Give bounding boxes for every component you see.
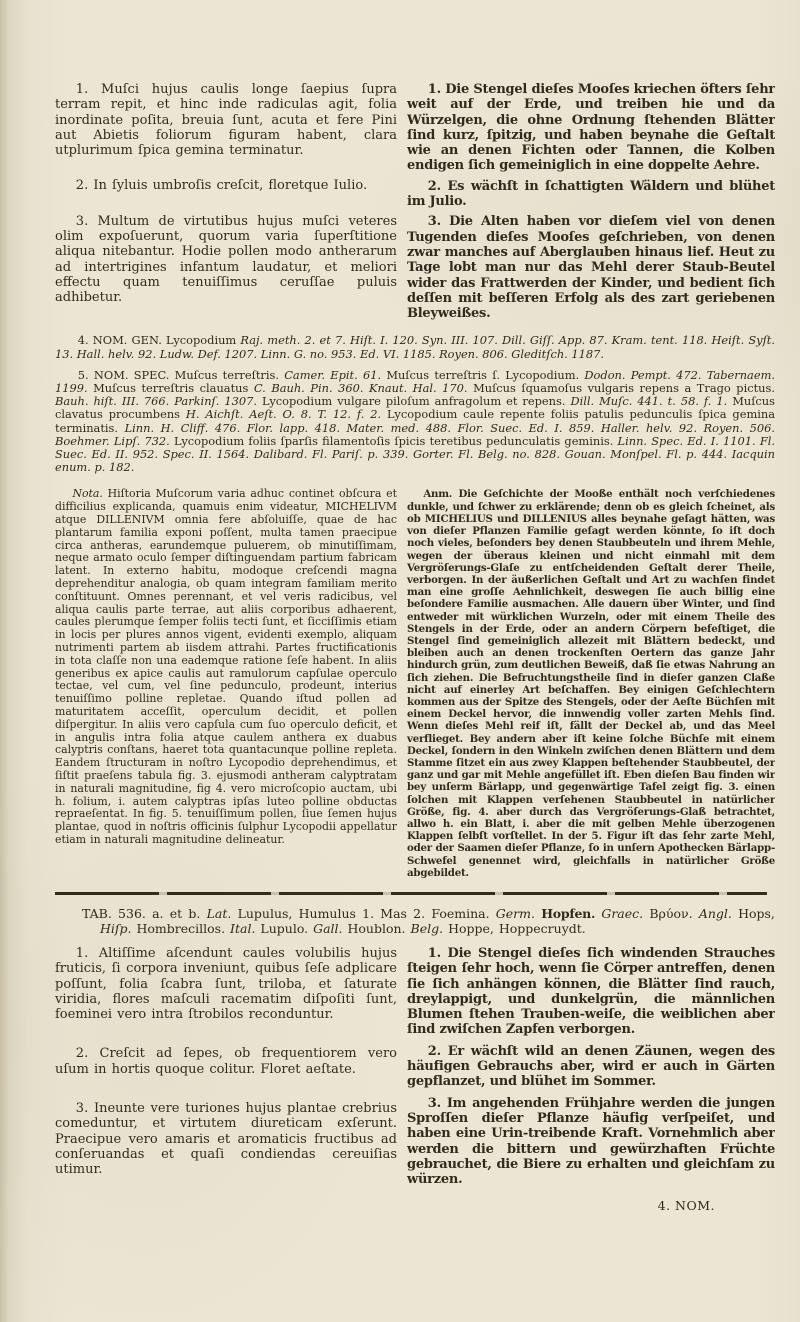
anm-label: Anm. <box>423 488 452 500</box>
lycopodium-description-section: 1. Muſci hujus caulis longe ſaepius ſupr… <box>55 82 775 321</box>
page-content: 1. Muſci hujus caulis longe ſaepius ſupr… <box>55 0 775 1322</box>
nomenclature-section: 4. NOM. GEN. Lycopodium Raj. meth. 2. et… <box>55 334 775 474</box>
anm-german: Anm. Die Geſchichte der Mooße enthält no… <box>407 488 775 879</box>
tab-lang-label: Germ. <box>496 906 535 921</box>
nom-spec-segment: Camer. Epit. 61. <box>284 368 381 382</box>
tab-lang-label: Graec. <box>601 906 643 921</box>
tab-lang-label: Ital. <box>230 921 255 936</box>
latin-paragraph-2: 2. Creſcit ad ſepes, ob frequentiorem ve… <box>55 1046 397 1077</box>
tab-name-latin: Lupulus, Humulus 1. Mas 2. Foemina. <box>238 906 490 921</box>
book-page: 1. Muſci hujus caulis longe ſaepius ſupr… <box>0 0 800 1322</box>
german-paragraph-2: 2. Er wächſt wild an denen Zäunen, wegen… <box>407 1044 775 1090</box>
tab-name-greek: Βρύον. <box>649 906 692 921</box>
german-paragraph-1: 1. Die Stengel dieſes ſich windenden Str… <box>407 946 775 1038</box>
tab-lang-label: Hiſp. <box>100 921 132 936</box>
tab-lang-label: Lat. <box>207 906 232 921</box>
nota-label: Nota. <box>72 487 102 500</box>
nom-spec-segment: Dill. Muſc. 441. t. 58. f. 1. <box>570 394 727 408</box>
nota-body: Hiſtoria Muſcorum varia adhuc continet o… <box>55 487 397 846</box>
nom-spec-segment: Lycopodium foliis ſparſis filamentoſis ſ… <box>174 434 613 448</box>
anm-body: Die Geſchichte der Mooße enthält noch ve… <box>407 488 775 878</box>
tab-name-italian: Lupulo. <box>260 921 308 936</box>
tab-name-english: Hops, <box>738 906 775 921</box>
tab-lang-label: Angl. <box>699 906 732 921</box>
catchword: 4. NOM. <box>407 1198 775 1213</box>
nom-spec-entry: 5. NOM. SPEC. Muſcus terreſtris. Camer. … <box>55 369 775 475</box>
german-column: 1. Die Stengel dieſes ſich windenden Str… <box>407 946 775 1213</box>
german-paragraph-1: 1. Die Stengel dieſes Mooſes kriechen öf… <box>407 82 775 174</box>
nom-spec-segment: Muſcus terreſtris ſ. Lycopodium. <box>386 368 579 382</box>
latin-paragraph-1: 1. Muſci hujus caulis longe ſaepius ſupr… <box>55 82 397 158</box>
tab-536-heading: TAB. 536. a. et b. Lat. Lupulus, Humulus… <box>55 906 775 937</box>
german-column: 1. Die Stengel dieſes Mooſes kriechen öf… <box>407 82 775 321</box>
tab-name-spanish: Hombrecillos. <box>137 921 226 936</box>
tab-name-german: Hopfen. <box>541 906 595 921</box>
nom-gen-lead: 4. NOM. GEN. Lycopodium <box>78 333 236 347</box>
latin-paragraph-3: 3. Ineunte vere turiones hujus plantae c… <box>55 1101 397 1177</box>
german-paragraph-3: 3. Die Alten haben vor dieſem viel von d… <box>407 214 775 321</box>
tab-name-dutch: Hoppe, Hoppecruydt. <box>448 921 586 936</box>
german-paragraph-3: 3. Im angehenden Frühjahre werden die ju… <box>407 1096 775 1188</box>
tab-name-french: Houblon. <box>348 921 406 936</box>
nom-spec-segment: C. Bauh. Pin. 360. Knaut. Hal. 170. <box>254 381 468 395</box>
latin-paragraph-1: 1. Altiſſime aſcendunt caules volubilis … <box>55 946 397 1022</box>
nom-spec-segment: H. Aichſt. Aeſt. O. 8. T. 12. f. 2. <box>186 407 381 421</box>
nom-gen-entry: 4. NOM. GEN. Lycopodium Raj. meth. 2. et… <box>55 334 775 360</box>
nom-spec-segment: Lycopodium vulgare piloſum anfragolum et… <box>262 394 566 408</box>
latin-column: 1. Altiſſime aſcendunt caules volubilis … <box>55 946 397 1213</box>
nom-spec-segment: 5. NOM. SPEC. Muſcus terreſtris. <box>78 368 279 382</box>
latin-paragraph-3: 3. Multum de virtutibus hujus muſci vete… <box>55 214 397 306</box>
hops-description-section: 1. Altiſſime aſcendunt caules volubilis … <box>55 946 775 1213</box>
tab-lang-label: Belg. <box>411 921 444 936</box>
section-divider <box>55 892 767 895</box>
nom-spec-segment: Bauh. hiſt. III. 766. Parkinſ. 1307. <box>55 394 257 408</box>
nom-spec-segment: Muſcus terreſtris clauatus <box>93 381 248 395</box>
tab-lang-label: Gall. <box>313 921 342 936</box>
nota-section: Nota. Hiſtoria Muſcorum varia adhuc cont… <box>55 488 775 879</box>
tab-number: TAB. 536. a. et b. <box>82 906 200 921</box>
latin-paragraph-2: 2. In ſyluis umbroſis creſcit, floretque… <box>55 178 397 193</box>
german-paragraph-2: 2. Es wächſt in ſchattigten Wäldern und … <box>407 179 775 210</box>
nom-spec-segment: Muſcus ſquamoſus vulgaris repens a Trago… <box>473 381 775 395</box>
latin-column: 1. Muſci hujus caulis longe ſaepius ſupr… <box>55 82 397 321</box>
nota-latin: Nota. Hiſtoria Muſcorum varia adhuc cont… <box>55 488 397 879</box>
